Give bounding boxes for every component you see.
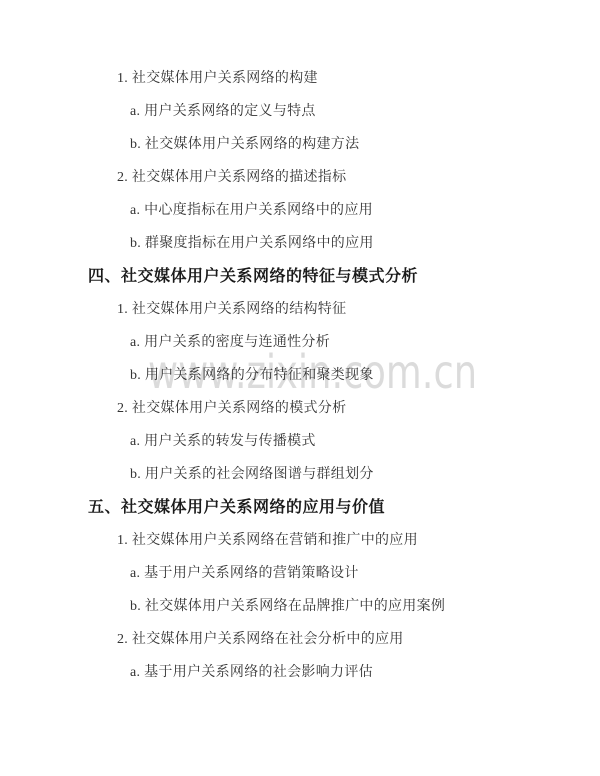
outline-lettered-subitem: b. 社交媒体用户关系网络的构建方法 xyxy=(0,126,600,159)
outline-lettered-subitem: b. 社交媒体用户关系网络在品牌推广中的应用案例 xyxy=(0,588,600,621)
outline-numbered-item: 1. 社交媒体用户关系网络的构建 xyxy=(0,60,600,93)
outline-numbered-item: 2. 社交媒体用户关系网络的模式分析 xyxy=(0,390,600,423)
outline-section-heading: 四、社交媒体用户关系网络的特征与模式分析 xyxy=(0,258,600,291)
outline-numbered-item: 2. 社交媒体用户关系网络的描述指标 xyxy=(0,159,600,192)
outline-lettered-subitem: a. 用户关系的密度与连通性分析 xyxy=(0,324,600,357)
outline-section-heading: 五、社交媒体用户关系网络的应用与价值 xyxy=(0,489,600,522)
outline-lettered-subitem: a. 用户关系的转发与传播模式 xyxy=(0,423,600,456)
document-page: www.zixin.com.cn 1. 社交媒体用户关系网络的构建a. 用户关系… xyxy=(0,0,600,776)
outline-lettered-subitem: a. 基于用户关系网络的营销策略设计 xyxy=(0,555,600,588)
outline-numbered-item: 2. 社交媒体用户关系网络在社会分析中的应用 xyxy=(0,621,600,654)
outline-lettered-subitem: b. 用户关系网络的分布特征和聚类现象 xyxy=(0,357,600,390)
outline-lettered-subitem: b. 群聚度指标在用户关系网络中的应用 xyxy=(0,225,600,258)
outline-numbered-item: 1. 社交媒体用户关系网络在营销和推广中的应用 xyxy=(0,522,600,555)
outline-numbered-item: 1. 社交媒体用户关系网络的结构特征 xyxy=(0,291,600,324)
outline-lettered-subitem: b. 用户关系的社会网络图谱与群组划分 xyxy=(0,456,600,489)
outline-lettered-subitem: a. 中心度指标在用户关系网络中的应用 xyxy=(0,192,600,225)
outline-lettered-subitem: a. 基于用户关系网络的社会影响力评估 xyxy=(0,654,600,687)
outline-lettered-subitem: a. 用户关系网络的定义与特点 xyxy=(0,93,600,126)
document-outline: 1. 社交媒体用户关系网络的构建a. 用户关系网络的定义与特点b. 社交媒体用户… xyxy=(0,0,600,687)
